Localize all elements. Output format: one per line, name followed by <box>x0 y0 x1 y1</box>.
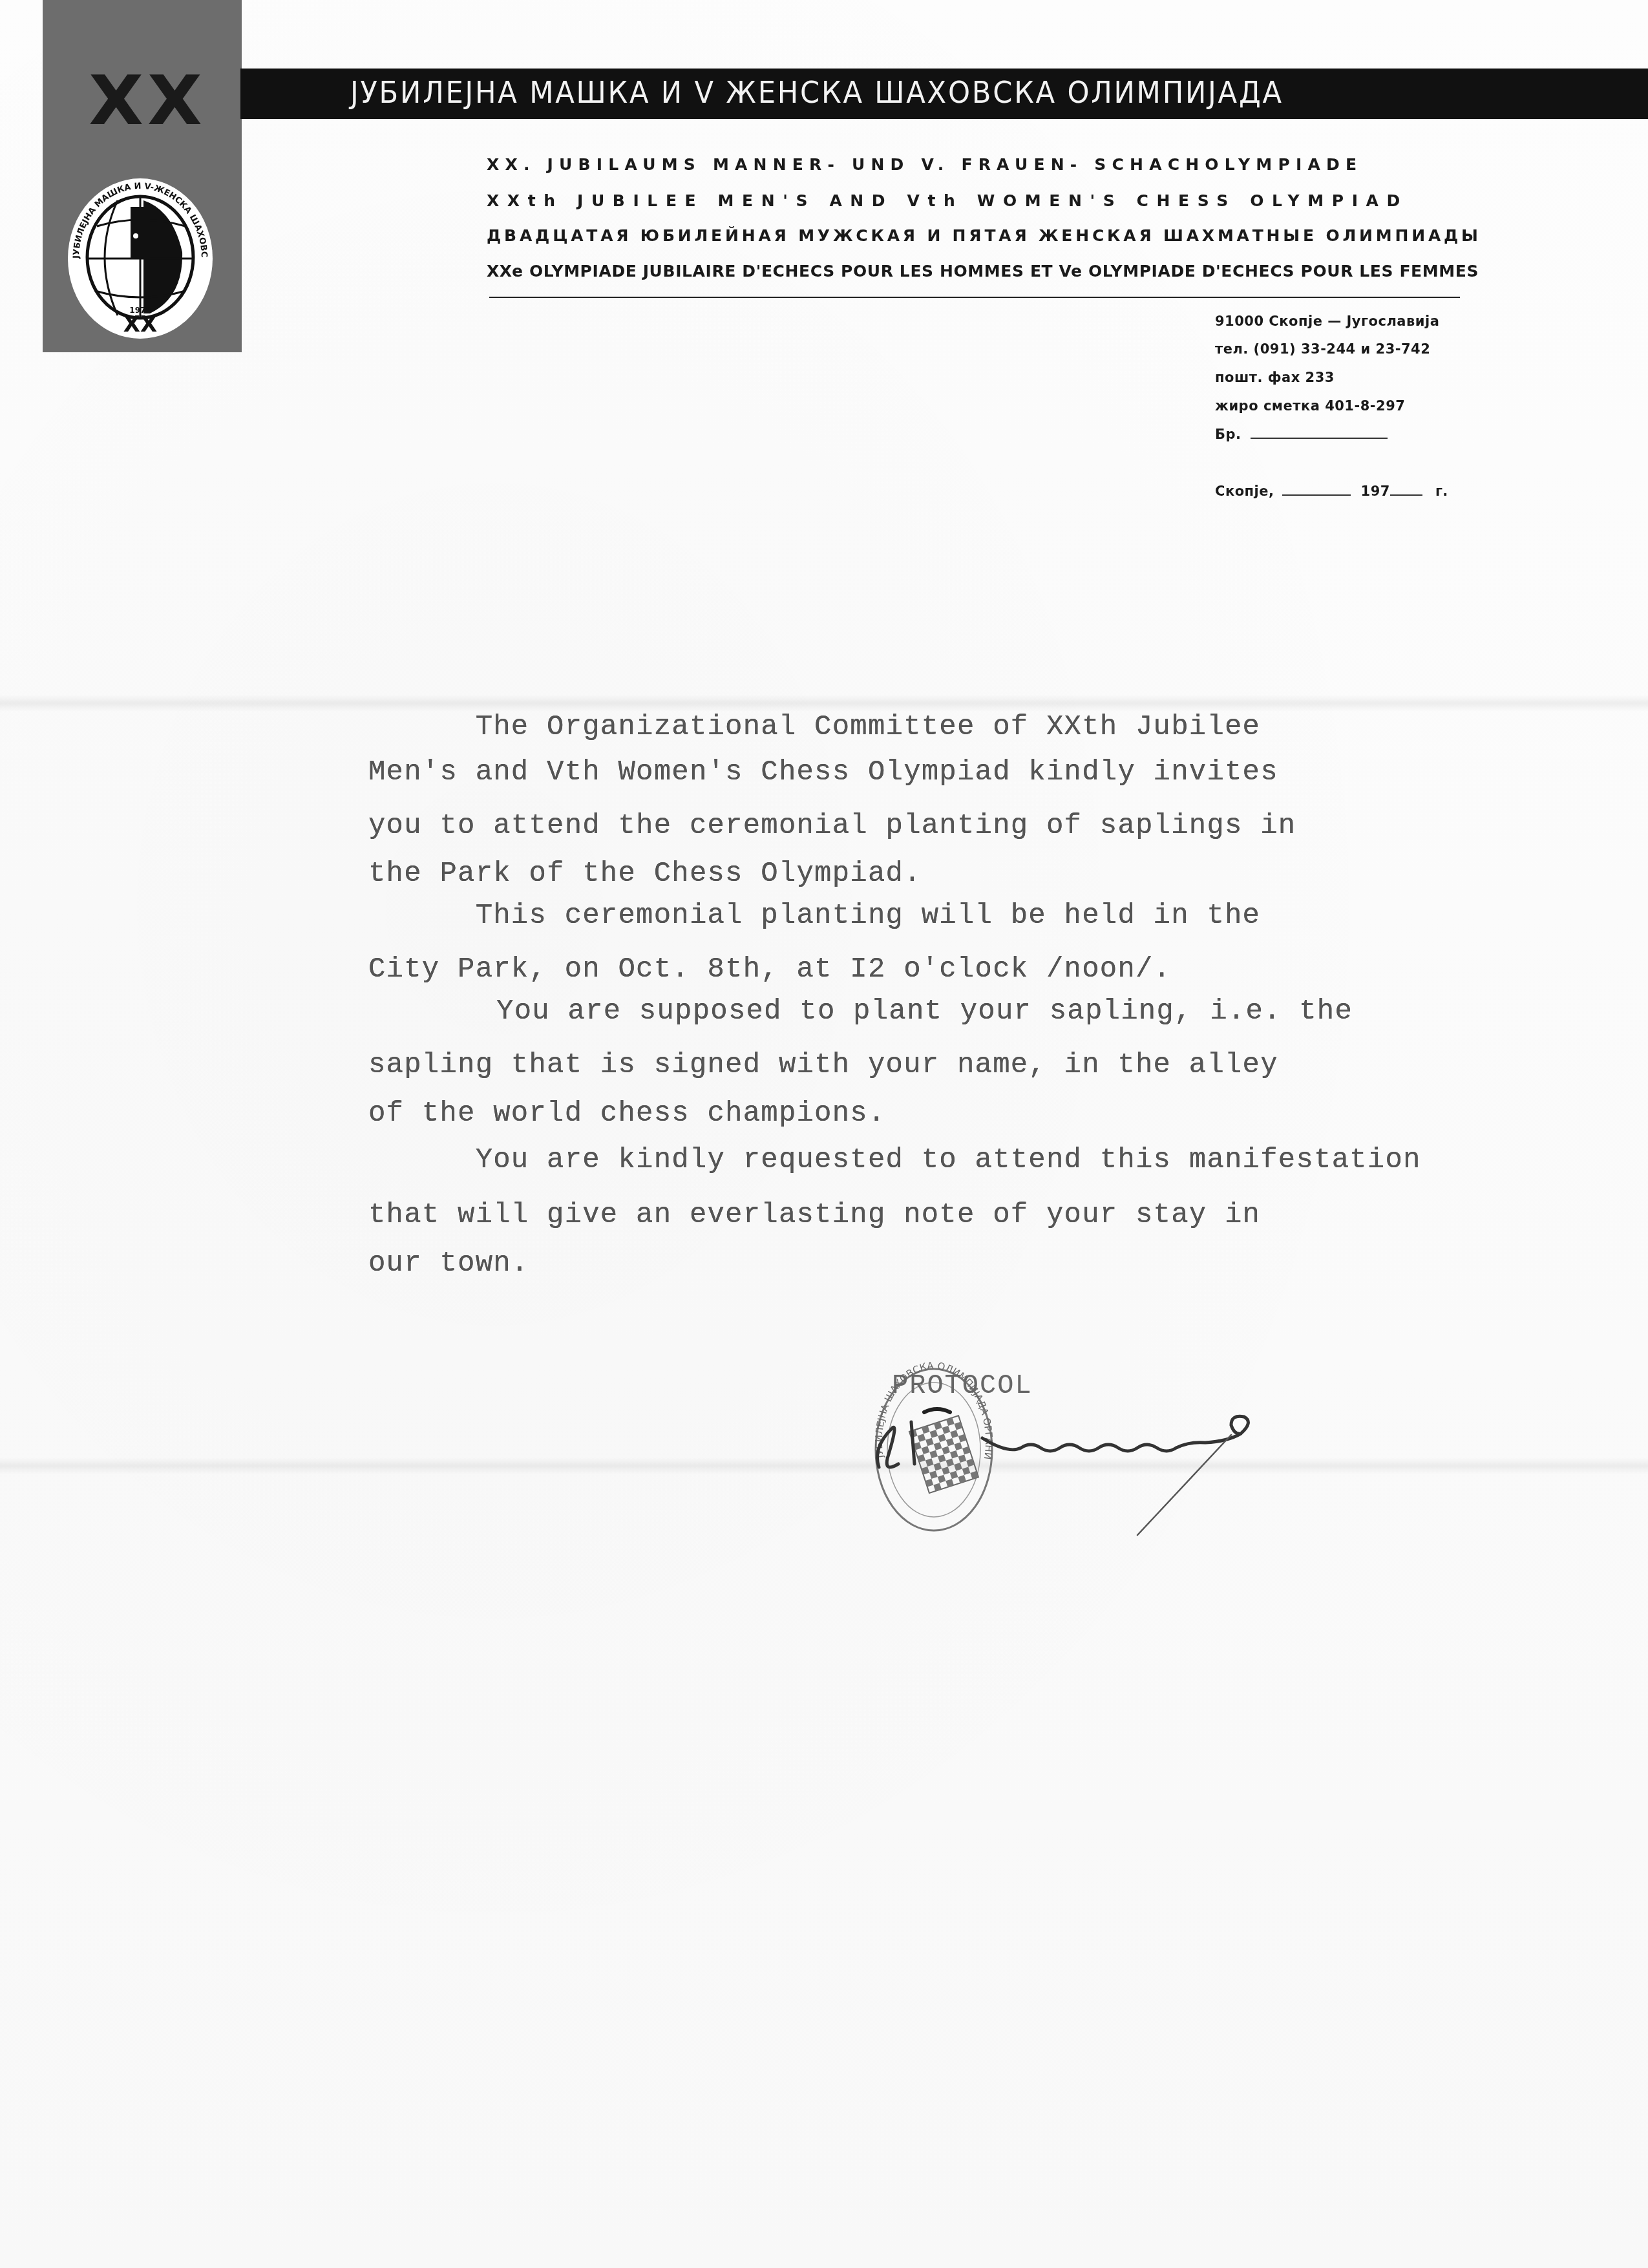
paper-fold <box>0 1457 1648 1474</box>
reference-blank <box>1251 438 1388 439</box>
reference-number-line: Бр. <box>1215 427 1388 442</box>
reference-label: Бр. <box>1215 427 1241 442</box>
body-line: sapling that is signed with your name, i… <box>368 1049 1278 1081</box>
body-line: City Park, on Oct. 8th, at I2 o'clock /n… <box>368 953 1171 986</box>
date-blank <box>1282 494 1351 496</box>
subtitle-german: XX. JUBILAUMS MANNER- UND V. FRAUEN- SCH… <box>487 155 1362 174</box>
address-city: 91000 Скопје — Југославија <box>1215 313 1439 329</box>
date-suffix: г. <box>1435 483 1448 499</box>
body-line: This ceremonial planting will be held in… <box>368 900 1260 932</box>
body-line: Men's and Vth Women's Chess Olympiad kin… <box>368 756 1278 789</box>
body-line: our town. <box>368 1247 529 1280</box>
olympiad-emblem-icon: 1972 XX ЈУБИЛЕЈНА МАШКА И V-ЖЕНСКА ШАХОВ… <box>59 175 221 343</box>
body-line: you to attend the ceremonial planting of… <box>368 810 1296 842</box>
letterhead-divider <box>489 297 1460 298</box>
subtitle-russian: ДВАДЦАТАЯ ЮБИЛЕЙНАЯ МУЖСКАЯ И ПЯТАЯ ЖЕНС… <box>487 226 1481 245</box>
paper-background <box>0 0 1648 2268</box>
date-year-prefix: 197 <box>1361 483 1390 499</box>
date-line: Скопје,197г. <box>1215 483 1448 499</box>
handwritten-signature-icon <box>853 1383 1383 1545</box>
letterhead-title: ЈУБИЛЕЈНА МАШКА И V ЖЕНСКА ШАХОВСКА ОЛИМ… <box>350 75 1284 111</box>
body-line: You are supposed to plant your sapling, … <box>407 995 1353 1028</box>
date-city: Скопје, <box>1215 483 1274 499</box>
body-line: of the world chess champions. <box>368 1097 886 1130</box>
address-account: жиро сметка 401-8-297 <box>1215 398 1405 414</box>
address-po-box: пошт. фах 233 <box>1215 370 1335 385</box>
subtitle-french: XXe OLYMPIADE JUBILAIRE D'ECHECS POUR LE… <box>487 262 1479 281</box>
body-line: You are kindly requested to attend this … <box>368 1144 1421 1176</box>
letterhead-title-bar: ЈУБИЛЕЈНА МАШКА И V ЖЕНСКА ШАХОВСКА ОЛИМ… <box>240 69 1648 119</box>
body-line: that will give an everlasting note of yo… <box>368 1199 1260 1231</box>
band-mark: XX <box>70 61 225 140</box>
subtitle-english: XXth JUBILEE MEN'S AND Vth WOMEN'S CHESS… <box>487 191 1408 210</box>
year-blank <box>1390 494 1422 496</box>
address-phone: тел. (091) 33-244 и 23-742 <box>1215 341 1430 357</box>
svg-text:XX: XX <box>123 312 157 337</box>
body-line: The Organizational Committee of XXth Jub… <box>368 711 1260 743</box>
body-line: the Park of the Chess Olympiad. <box>368 858 922 890</box>
paper-fold <box>0 695 1648 712</box>
